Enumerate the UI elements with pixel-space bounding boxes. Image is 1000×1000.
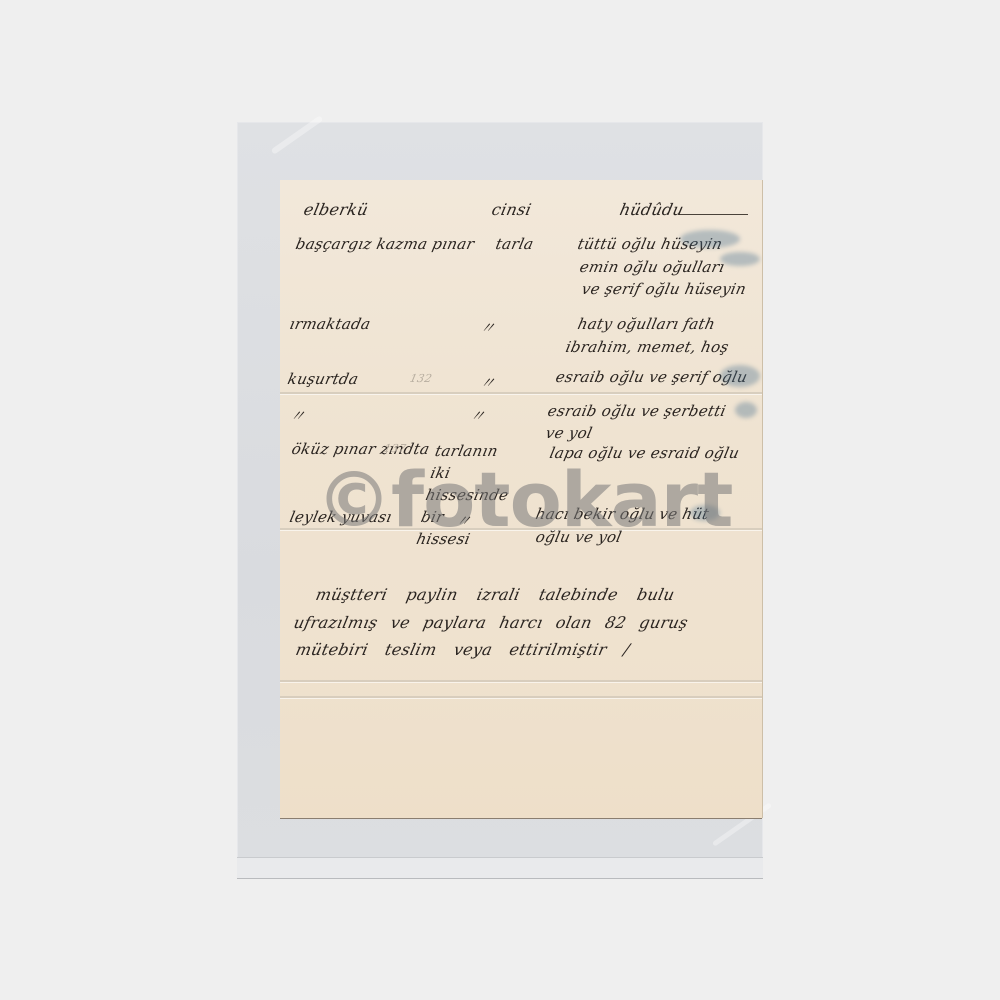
row2-type: 〃 — [478, 317, 498, 338]
row3-annotation: 132 — [409, 372, 434, 385]
closing-line-1: müştteri paylin izrali talebinde bulu — [314, 585, 676, 604]
header-col-location: elberkü — [302, 200, 370, 219]
closing-line-2: ufrazılmış ve paylara harcı olan 82 guru… — [292, 613, 690, 632]
header-col-boundaries: hüdûdu — [618, 200, 686, 219]
fold-line — [280, 680, 762, 682]
ink-blot — [735, 402, 757, 418]
header-col-type: cinsi — [490, 200, 533, 219]
sleeve-glare — [271, 115, 324, 154]
row4-boundary-2: ve yol — [544, 424, 594, 442]
row3-type: 〃 — [478, 372, 498, 393]
fold-line — [280, 696, 762, 698]
ink-blot — [680, 230, 740, 248]
watermark: ©fotokart — [316, 455, 732, 544]
sleeve-bottom-edge — [237, 857, 763, 879]
row4-place: 〃 — [288, 405, 308, 426]
ink-blot — [720, 365, 760, 387]
row4-boundary-1: esraib oğlu ve şerbetti — [546, 402, 728, 420]
row1-boundary-3: ve şerif oğlu hüseyin — [580, 280, 748, 298]
row2-boundary-1: haty oğulları fath — [576, 315, 717, 333]
row5-annotation: 137 — [383, 442, 408, 455]
fold-line — [280, 392, 762, 394]
header-underline — [680, 214, 748, 215]
ink-blot — [720, 252, 760, 266]
closing-line-3: mütebiri teslim veya ettirilmiştir / — [294, 640, 632, 659]
row4-type: 〃 — [468, 405, 488, 426]
row1-type: tarla — [494, 235, 535, 253]
row1-place: başçargız kazma pınar — [294, 235, 476, 253]
row2-place: ırmaktada — [288, 315, 372, 333]
row1-boundary-2: emin oğlu oğulları — [578, 258, 726, 276]
row2-boundary-2: ibrahim, memet, hoş — [564, 338, 730, 356]
row3-place: kuşurtda — [286, 370, 360, 388]
